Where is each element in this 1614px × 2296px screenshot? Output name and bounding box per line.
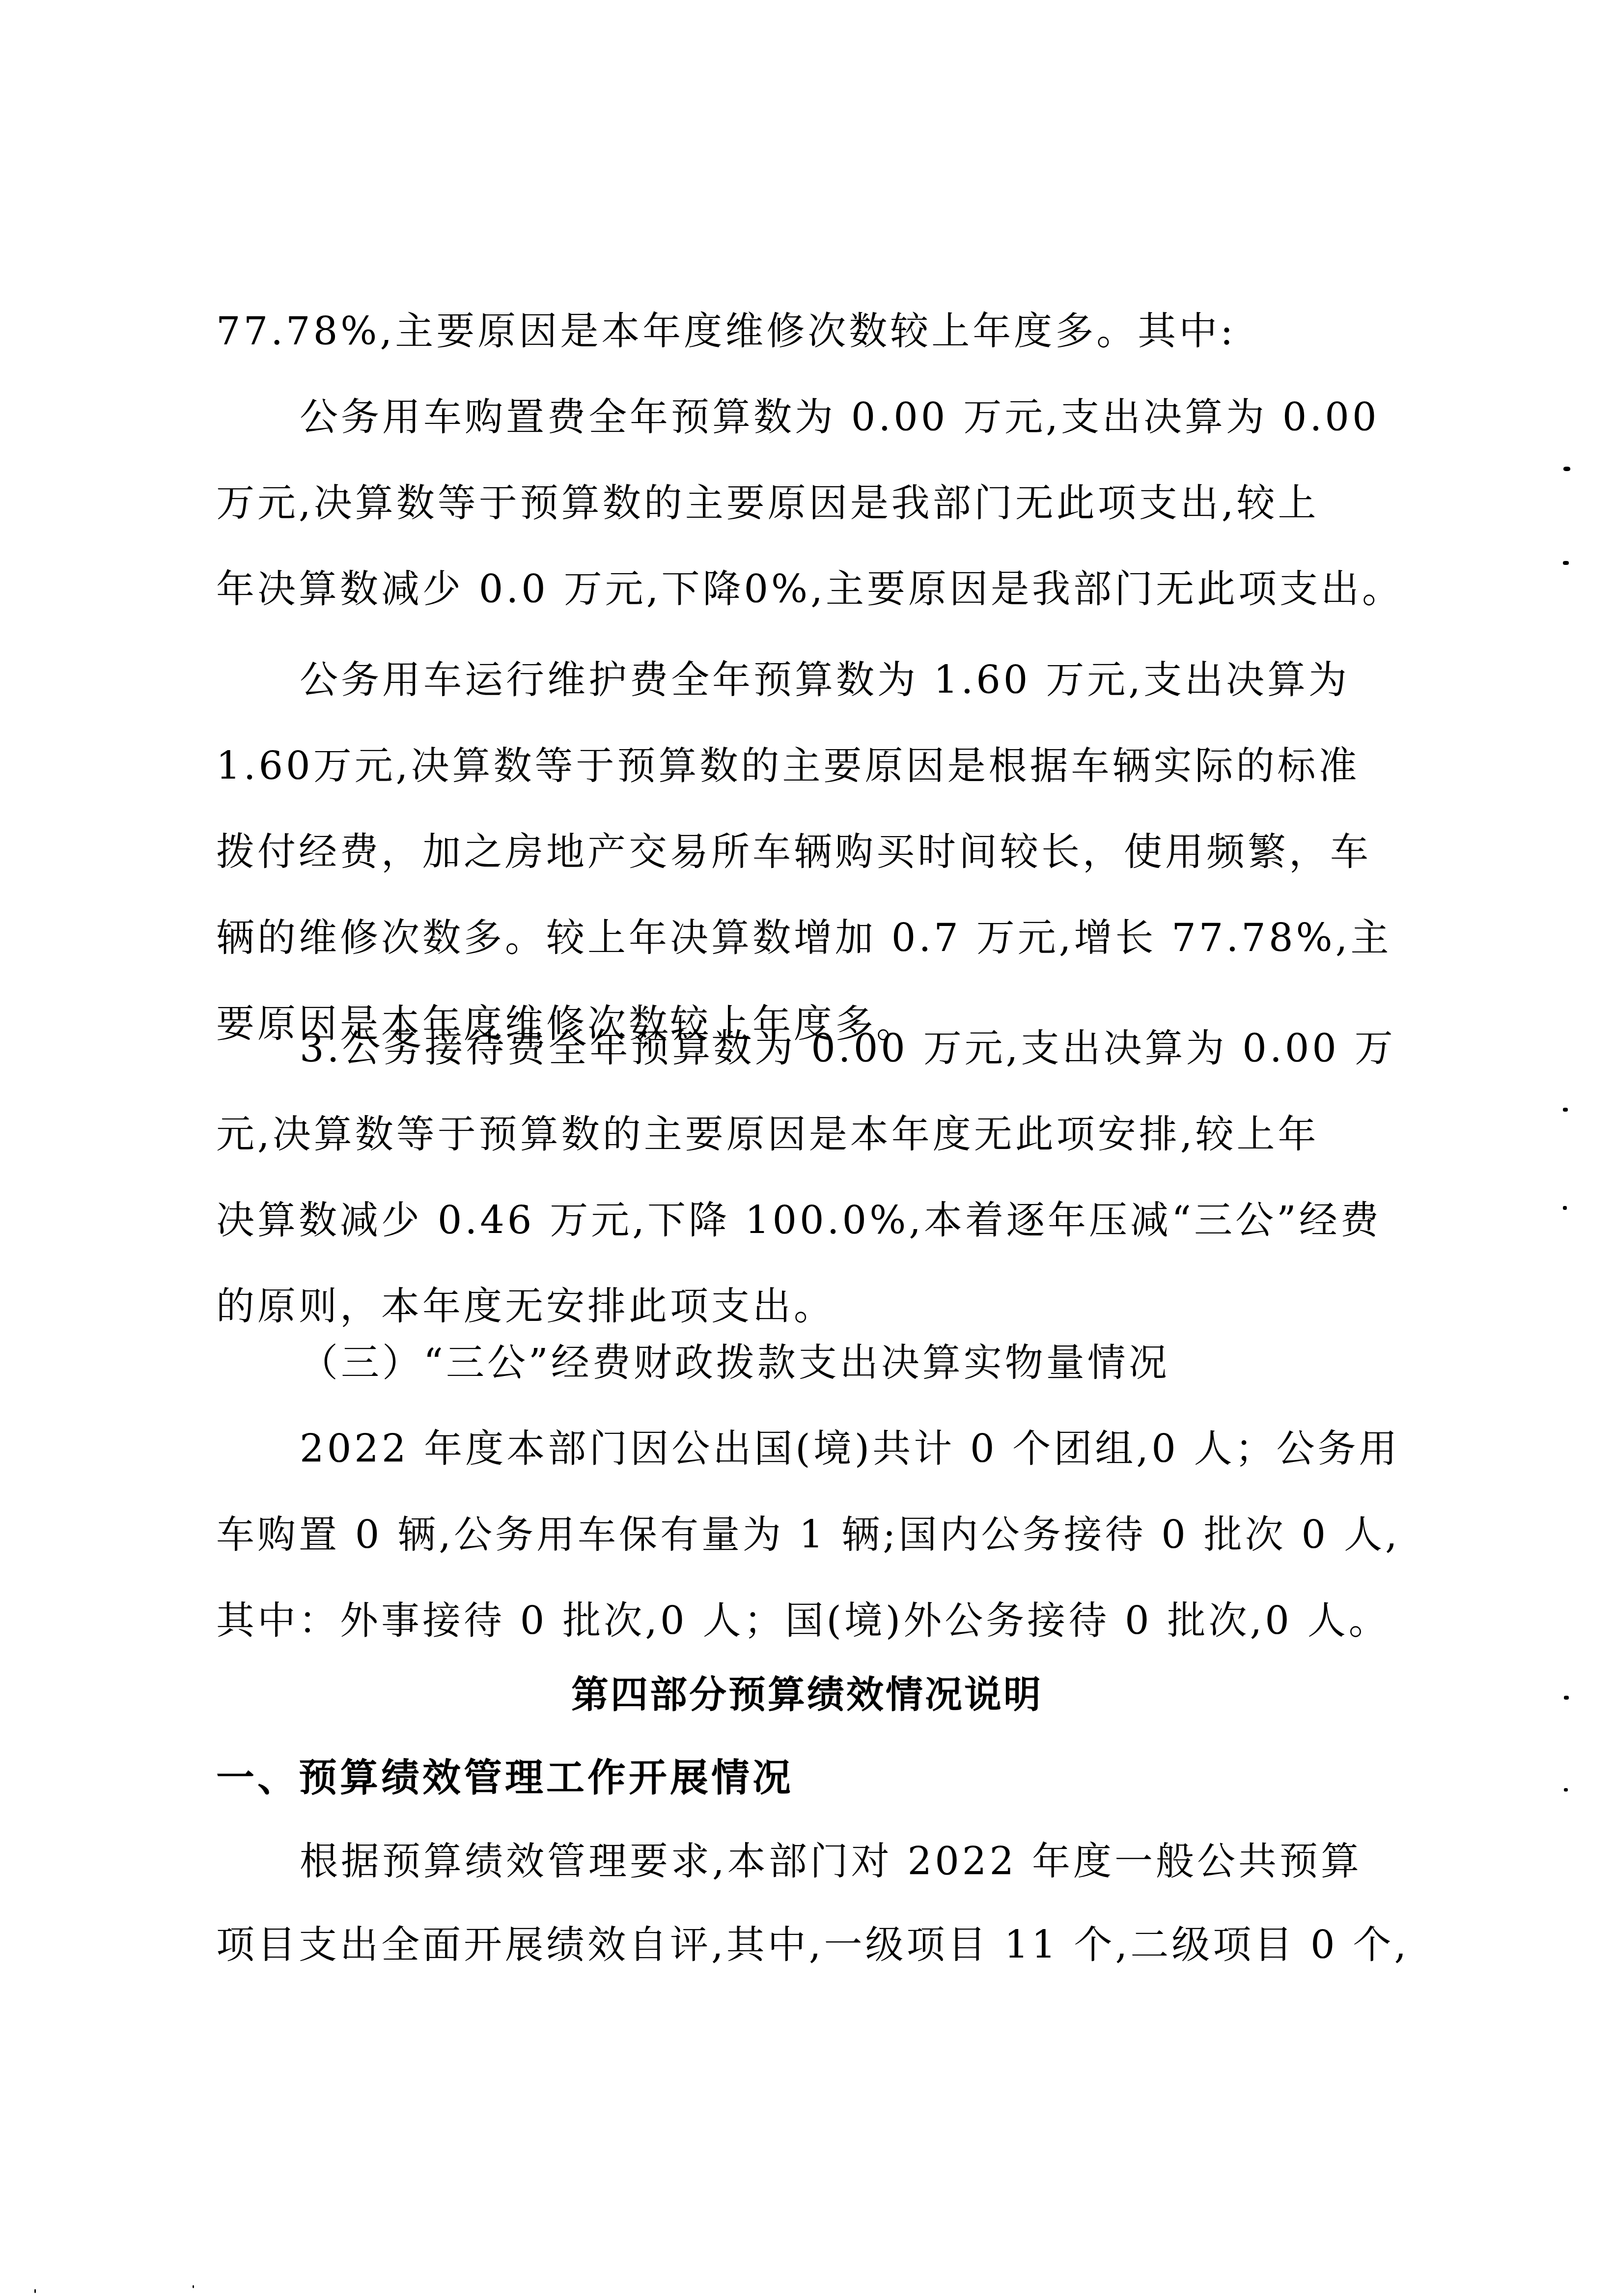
scan-speck — [1564, 1788, 1568, 1792]
paragraph-line: 年决算数减少 0.0 万元,下降0%,主要原因是我部门无此项支出。 — [216, 565, 1434, 614]
paragraph-line: 元,决算数等于预算数的主要原因是本年度无此项安排,较上年 — [216, 1110, 1434, 1159]
paragraph-line: 77.78%,主要原因是本年度维修次数较上年度多。其中: — [216, 307, 1434, 356]
subsection-heading: （三）“三公”经费财政拨款支出决算实物量情况 — [300, 1339, 1518, 1388]
paragraph-line: 3.公务接待费全年预算数为 0.00 万元,支出决算为 0.00 万 — [300, 1024, 1518, 1073]
scan-speck — [1563, 467, 1570, 471]
paragraph-line: 辆的维修次数多。较上年决算数增加 0.7 万元,增长 77.78%,主 — [216, 914, 1434, 963]
scan-speck — [1563, 561, 1569, 565]
paragraph-line: 决算数减少 0.46 万元,下降 100.0%,本着逐年压减“三公”经费 — [216, 1196, 1434, 1245]
paragraph-line: 万元,决算数等于预算数的主要原因是我部门无此项支出,较上 — [216, 479, 1434, 528]
paragraph-line: 公务用车运行维护费全年预算数为 1.60 万元,支出决算为 — [300, 656, 1518, 705]
section-heading: 一、预算绩效管理工作开展情况 — [216, 1754, 794, 1803]
paragraph-line: 2022 年度本部门因公出国(境)共计 0 个团组,0 人；公务用 — [300, 1425, 1518, 1474]
paragraph-line: 其中：外事接待 0 批次,0 人；国(境)外公务接待 0 批次,0 人。 — [216, 1596, 1434, 1646]
paragraph-line: 拨付经费，加之房地产交易所车辆购买时间较长，使用频繁，车 — [216, 828, 1434, 877]
scan-speck — [1563, 1206, 1567, 1210]
scan-speck — [193, 2285, 194, 2288]
paragraph-line: 车购置 0 辆,公务用车保有量为 1 辆;国内公务接待 0 批次 0 人, — [216, 1511, 1434, 1560]
paragraph-line: 根据预算绩效管理要求,本部门对 2022 年度一般公共预算 — [300, 1837, 1518, 1886]
paragraph-line: 1.60万元,决算数等于预算数的主要原因是根据车辆实际的标准 — [216, 742, 1434, 791]
paragraph-line: 项目支出全面开展绩效自评,其中,一级项目 11 个,二级项目 0 个, — [216, 1921, 1434, 1970]
scan-speck — [1563, 1108, 1568, 1112]
scan-speck — [34, 2289, 36, 2293]
part-heading: 第四部分预算绩效情况说明 — [0, 1670, 1614, 1719]
document-page: 77.78%,主要原因是本年度维修次数较上年度多。其中: 公务用车购置费全年预算… — [0, 0, 1614, 2296]
paragraph-line: 公务用车购置费全年预算数为 0.00 万元,支出决算为 0.00 — [300, 393, 1518, 442]
scan-speck — [1564, 1696, 1569, 1700]
paragraph-line: 的原则，本年度无安排此项支出。 — [216, 1282, 1434, 1331]
